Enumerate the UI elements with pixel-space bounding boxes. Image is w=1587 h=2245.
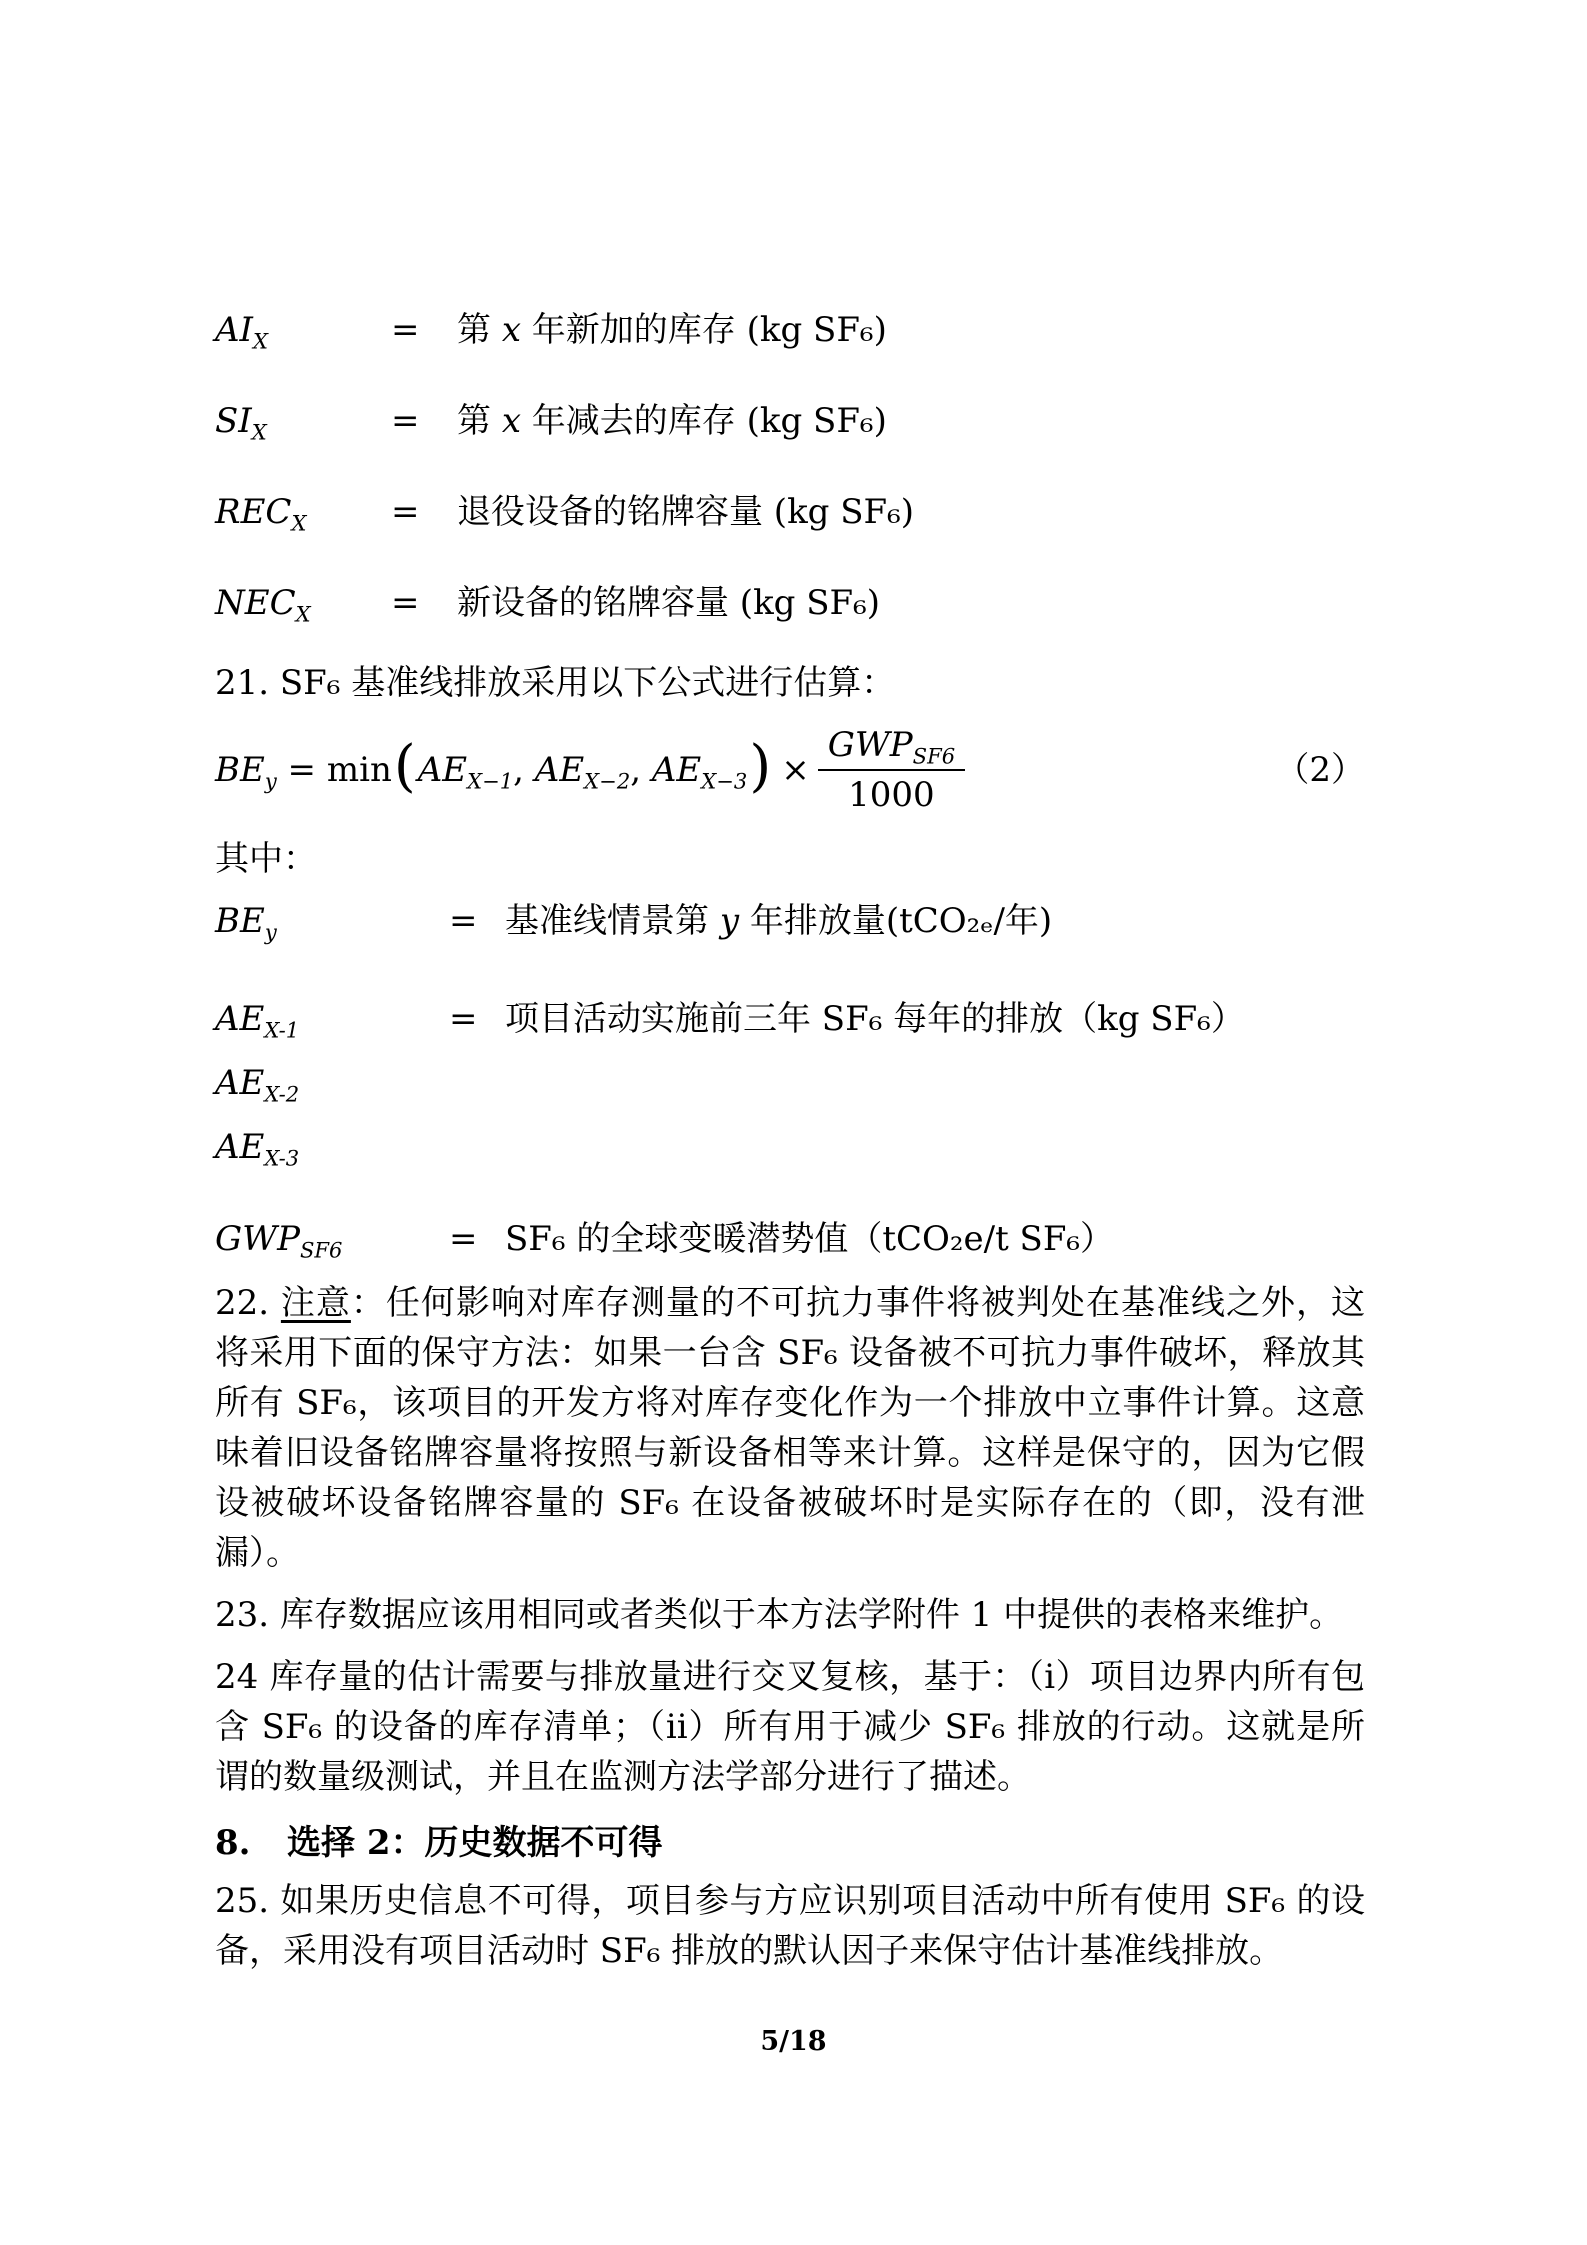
fraction: GWPSF6 1000 <box>818 722 965 818</box>
multiplication-sign: × <box>773 745 818 795</box>
equals-sign: = <box>277 745 327 795</box>
equation-number: （2） <box>1275 745 1365 795</box>
definition-row: AEX-3 <box>215 1122 1365 1172</box>
page-number: 5/18 <box>0 2022 1587 2062</box>
comma: , <box>630 745 652 795</box>
equation-arg3: AEX−3 <box>652 745 747 795</box>
where-label: 其中： <box>215 834 1365 884</box>
note-label: 注意 <box>281 1283 351 1323</box>
equation-2: BEy = min ( AEX−1 , AEX−2 , AEX−3 ) × GW… <box>215 722 965 818</box>
paragraph-23: 23. 库存数据应该用相同或者类似于本方法学附件 1 中提供的表格来维护。 <box>215 1590 1365 1640</box>
definition-row: NECX = 新设备的铭牌容量 (kg SF₆) <box>215 578 1365 628</box>
definition-row: GWPSF6 = SF₆ 的全球变暖潜势值（tCO₂e/t SF₆） <box>215 1214 1365 1264</box>
term-symbol: BEy <box>215 896 449 946</box>
definition-row: SIX = 第 x 年减去的库存 (kg SF₆) <box>215 396 1365 446</box>
term-symbol: GWPSF6 <box>215 1214 449 1264</box>
definition-row: AEX-2 <box>215 1058 1365 1108</box>
paragraph-24: 24 库存量的估计需要与排放量进行交叉复核，基于：（i）项目边界内所有包含 SF… <box>215 1652 1365 1802</box>
definition-list-secondary: BEy = 基准线情景第 y 年排放量(tCO₂ₑ/年) AEX-1 = 项目活… <box>215 896 1365 1264</box>
term-description: 新设备的铭牌容量 (kg SF₆) <box>457 578 1365 628</box>
document-page: { "page": { "background_color": "#ffffff… <box>0 0 1587 2245</box>
term-symbol: RECX <box>215 487 391 537</box>
term-symbol: AEX-2 <box>215 1058 449 1108</box>
equals-sign: = <box>391 305 457 355</box>
equation-lhs: BEy <box>215 745 277 795</box>
equation-2-row: BEy = min ( AEX−1 , AEX−2 , AEX−3 ) × GW… <box>215 720 1365 820</box>
definition-row: AIX = 第 x 年新加的库存 (kg SF₆) <box>215 305 1365 355</box>
equation-arg2: AEX−2 <box>535 745 630 795</box>
term-description: 退役设备的铭牌容量 (kg SF₆) <box>457 487 1365 537</box>
paragraph-number: 22. <box>215 1283 281 1323</box>
term-symbol: SIX <box>215 396 391 446</box>
equals-sign: = <box>449 896 505 946</box>
definition-list-primary: AIX = 第 x 年新加的库存 (kg SF₆) SIX = 第 x 年减去的… <box>215 305 1365 628</box>
term-symbol: AEX-1 <box>215 994 449 1044</box>
term-description: 基准线情景第 y 年排放量(tCO₂ₑ/年) <box>505 896 1365 946</box>
section-heading-8: 8.选择 2：历史数据不可得 <box>215 1818 1365 1868</box>
term-description: 第 x 年减去的库存 (kg SF₆) <box>457 396 1365 446</box>
definition-row: BEy = 基准线情景第 y 年排放量(tCO₂ₑ/年) <box>215 896 1365 946</box>
term-symbol: AIX <box>215 305 391 355</box>
paragraph-22: 22. 注意：任何影响对库存测量的不可抗力事件将被判处在基准线之外，这将采用下面… <box>215 1278 1365 1578</box>
paragraph-21: 21. SF₆ 基准线排放采用以下公式进行估算： <box>215 658 1365 708</box>
min-function: min <box>327 745 392 795</box>
heading-number: 8. <box>215 1818 287 1868</box>
equation-arg1: AEX−1 <box>418 745 513 795</box>
document-body: AIX = 第 x 年新加的库存 (kg SF₆) SIX = 第 x 年减去的… <box>215 305 1365 1976</box>
equals-sign: = <box>391 578 457 628</box>
equals-sign: = <box>449 994 505 1044</box>
fraction-denominator: 1000 <box>848 771 935 818</box>
term-description: 第 x 年新加的库存 (kg SF₆) <box>457 305 1365 355</box>
term-symbol: NECX <box>215 578 391 628</box>
fraction-numerator: GWPSF6 <box>818 722 965 771</box>
paragraph-25: 25. 如果历史信息不可得，项目参与方应识别项目活动中所有使用 SF₆ 的设备，… <box>215 1876 1365 1976</box>
equals-sign: = <box>391 487 457 537</box>
equals-sign: = <box>391 396 457 446</box>
term-description: 项目活动实施前三年 SF₆ 每年的排放（kg SF₆） <box>505 994 1365 1044</box>
heading-text: 选择 2：历史数据不可得 <box>287 1823 663 1863</box>
term-symbol: AEX-3 <box>215 1122 449 1172</box>
definition-row: RECX = 退役设备的铭牌容量 (kg SF₆) <box>215 487 1365 537</box>
equals-sign: = <box>449 1214 505 1264</box>
definition-row: AEX-1 = 项目活动实施前三年 SF₆ 每年的排放（kg SF₆） <box>215 994 1365 1044</box>
comma: , <box>513 745 535 795</box>
term-description: SF₆ 的全球变暖潜势值（tCO₂e/t SF₆） <box>505 1214 1365 1264</box>
